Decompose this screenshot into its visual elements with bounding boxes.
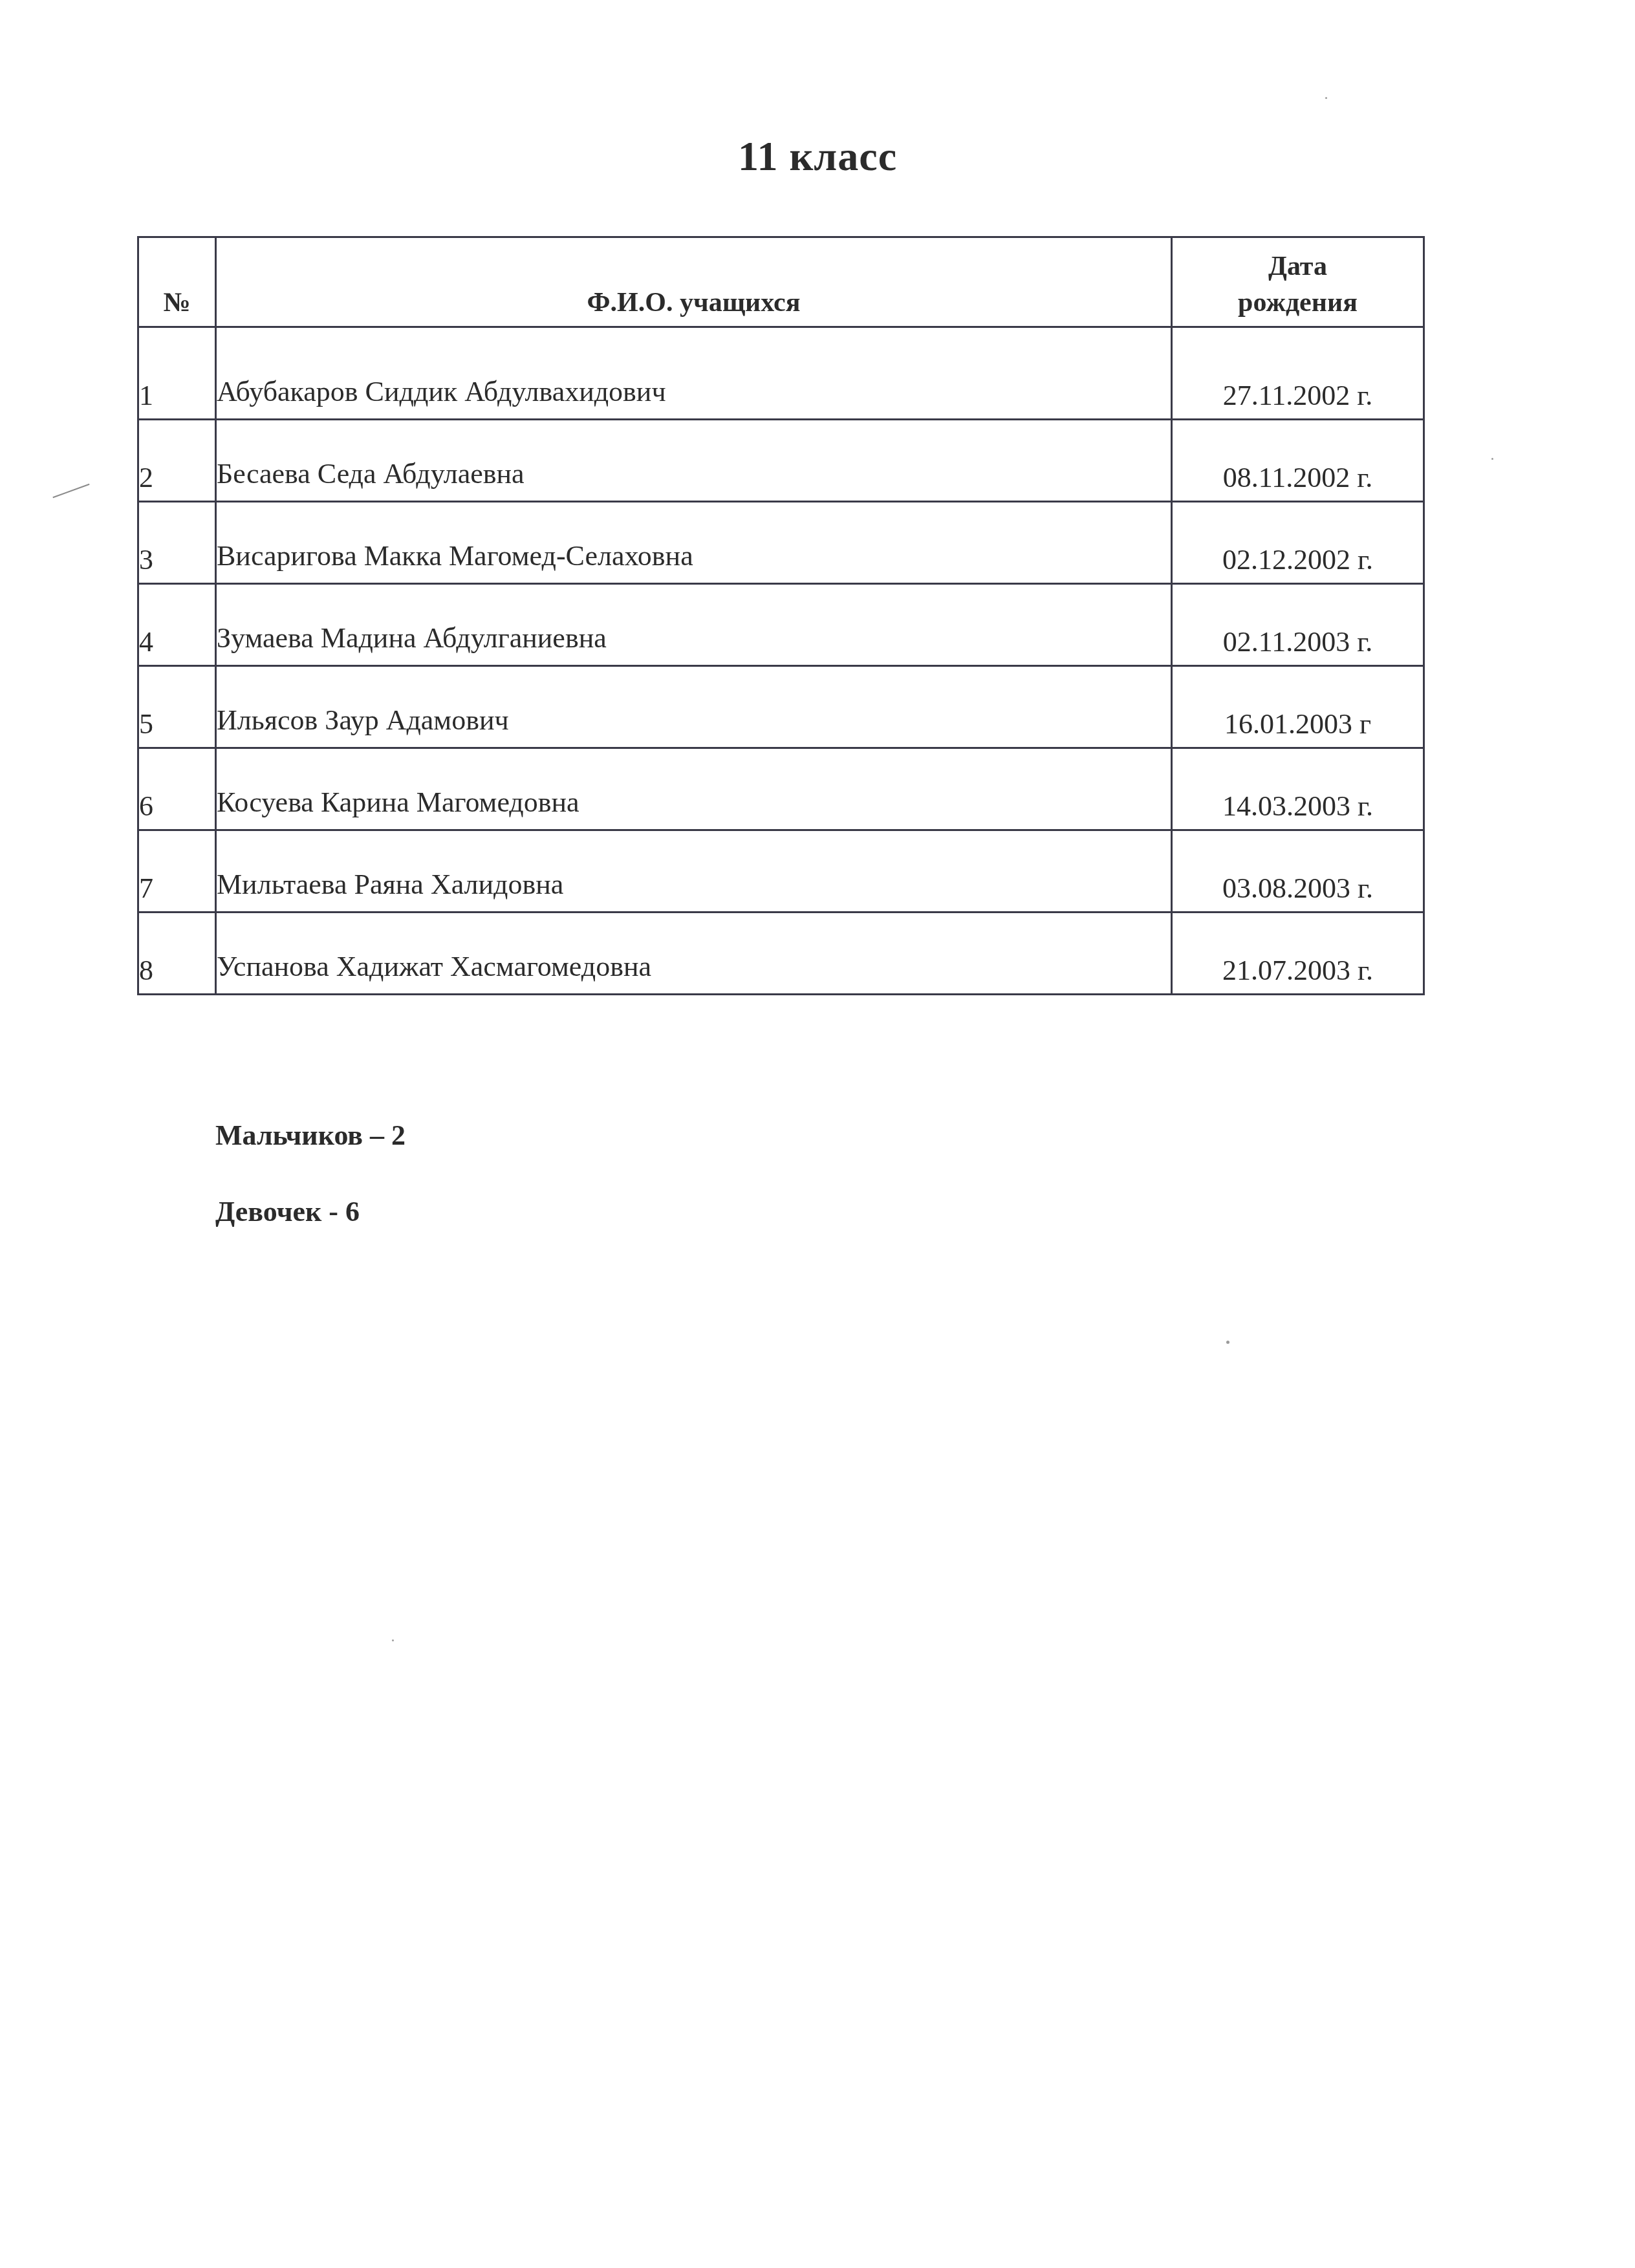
table-row: 4 Зумаева Мадина Абдулганиевна 02.11.200… (138, 584, 1424, 666)
row-number: 6 (138, 748, 216, 830)
table-row: 3 Висаригова Макка Магомед-Селаховна 02.… (138, 502, 1424, 584)
row-full-name: Абубакаров Сиддик Абдулвахидович (216, 327, 1172, 420)
table-row: 7 Мильтаева Раяна Халидовна 03.08.2003 г… (138, 830, 1424, 913)
header-full-name: Ф.И.О. учащихся (216, 237, 1172, 327)
row-full-name-text: Бесаева Седа Абдулаевна (217, 458, 525, 490)
row-full-name: Висаригова Макка Магомед-Селаховна (216, 502, 1172, 584)
row-full-name-text: Висаригова Макка Магомед-Селаховна (217, 540, 693, 572)
row-birth-date: 08.11.2002 г. (1172, 420, 1424, 502)
page-title: 11 класс (0, 133, 1635, 180)
row-full-name-text: Абубакаров Сиддик Абдулвахидович (217, 376, 666, 407)
table-row: 1 Абубакаров Сиддик Абдулвахидович 27.11… (138, 327, 1424, 420)
scan-mark (52, 484, 89, 498)
scan-speck (1226, 1341, 1229, 1344)
row-number: 5 (138, 666, 216, 748)
row-full-name: Успанова Хадижат Хасмагомедовна (216, 913, 1172, 995)
row-number: 2 (138, 420, 216, 502)
row-number: 8 (138, 913, 216, 995)
row-full-name-text: Зумаева Мадина Абдулганиевна (217, 622, 607, 654)
row-birth-date: 03.08.2003 г. (1172, 830, 1424, 913)
row-birth-date: 16.01.2003 г (1172, 666, 1424, 748)
row-number: 4 (138, 584, 216, 666)
row-birth-date: 02.11.2003 г. (1172, 584, 1424, 666)
boys-count: Мальчиков – 2 (215, 1119, 406, 1152)
table-row: 6 Косуева Карина Магомедовна 14.03.2003 … (138, 748, 1424, 830)
header-number: № (138, 237, 216, 327)
row-full-name-text: Успанова Хадижат Хасмагомедовна (217, 951, 651, 982)
row-full-name-text: Ильясов Заур Адамович (217, 704, 509, 736)
row-birth-date: 14.03.2003 г. (1172, 748, 1424, 830)
row-birth-date: 21.07.2003 г. (1172, 913, 1424, 995)
row-full-name: Ильясов Заур Адамович (216, 666, 1172, 748)
header-birth-date-line2: рождения (1173, 285, 1423, 321)
row-full-name: Зумаева Мадина Абдулганиевна (216, 584, 1172, 666)
row-full-name: Косуева Карина Магомедовна (216, 748, 1172, 830)
table-row: 8 Успанова Хадижат Хасмагомедовна 21.07.… (138, 913, 1424, 995)
row-full-name-text: Мильтаева Раяна Халидовна (217, 869, 563, 900)
row-number: 1 (138, 327, 216, 420)
scan-speck (1491, 458, 1493, 460)
students-table: № Ф.И.О. учащихся Дата рождения 1 Абубак… (137, 236, 1425, 995)
header-birth-date: Дата рождения (1172, 237, 1424, 327)
header-birth-date-line1: Дата (1173, 248, 1423, 285)
table-row: 5 Ильясов Заур Адамович 16.01.2003 г (138, 666, 1424, 748)
table-row: 2 Бесаева Седа Абдулаевна 08.11.2002 г. (138, 420, 1424, 502)
row-birth-date: 27.11.2002 г. (1172, 327, 1424, 420)
row-number: 7 (138, 830, 216, 913)
table-header-row: № Ф.И.О. учащихся Дата рождения (138, 237, 1424, 327)
scan-speck (392, 1639, 394, 1641)
row-number: 3 (138, 502, 216, 584)
scan-speck (1325, 97, 1327, 99)
row-full-name: Бесаева Седа Абдулаевна (216, 420, 1172, 502)
row-full-name-text: Косуева Карина Магомедовна (217, 786, 579, 818)
row-full-name: Мильтаева Раяна Халидовна (216, 830, 1172, 913)
girls-count: Девочек - 6 (215, 1195, 360, 1228)
row-birth-date: 02.12.2002 г. (1172, 502, 1424, 584)
